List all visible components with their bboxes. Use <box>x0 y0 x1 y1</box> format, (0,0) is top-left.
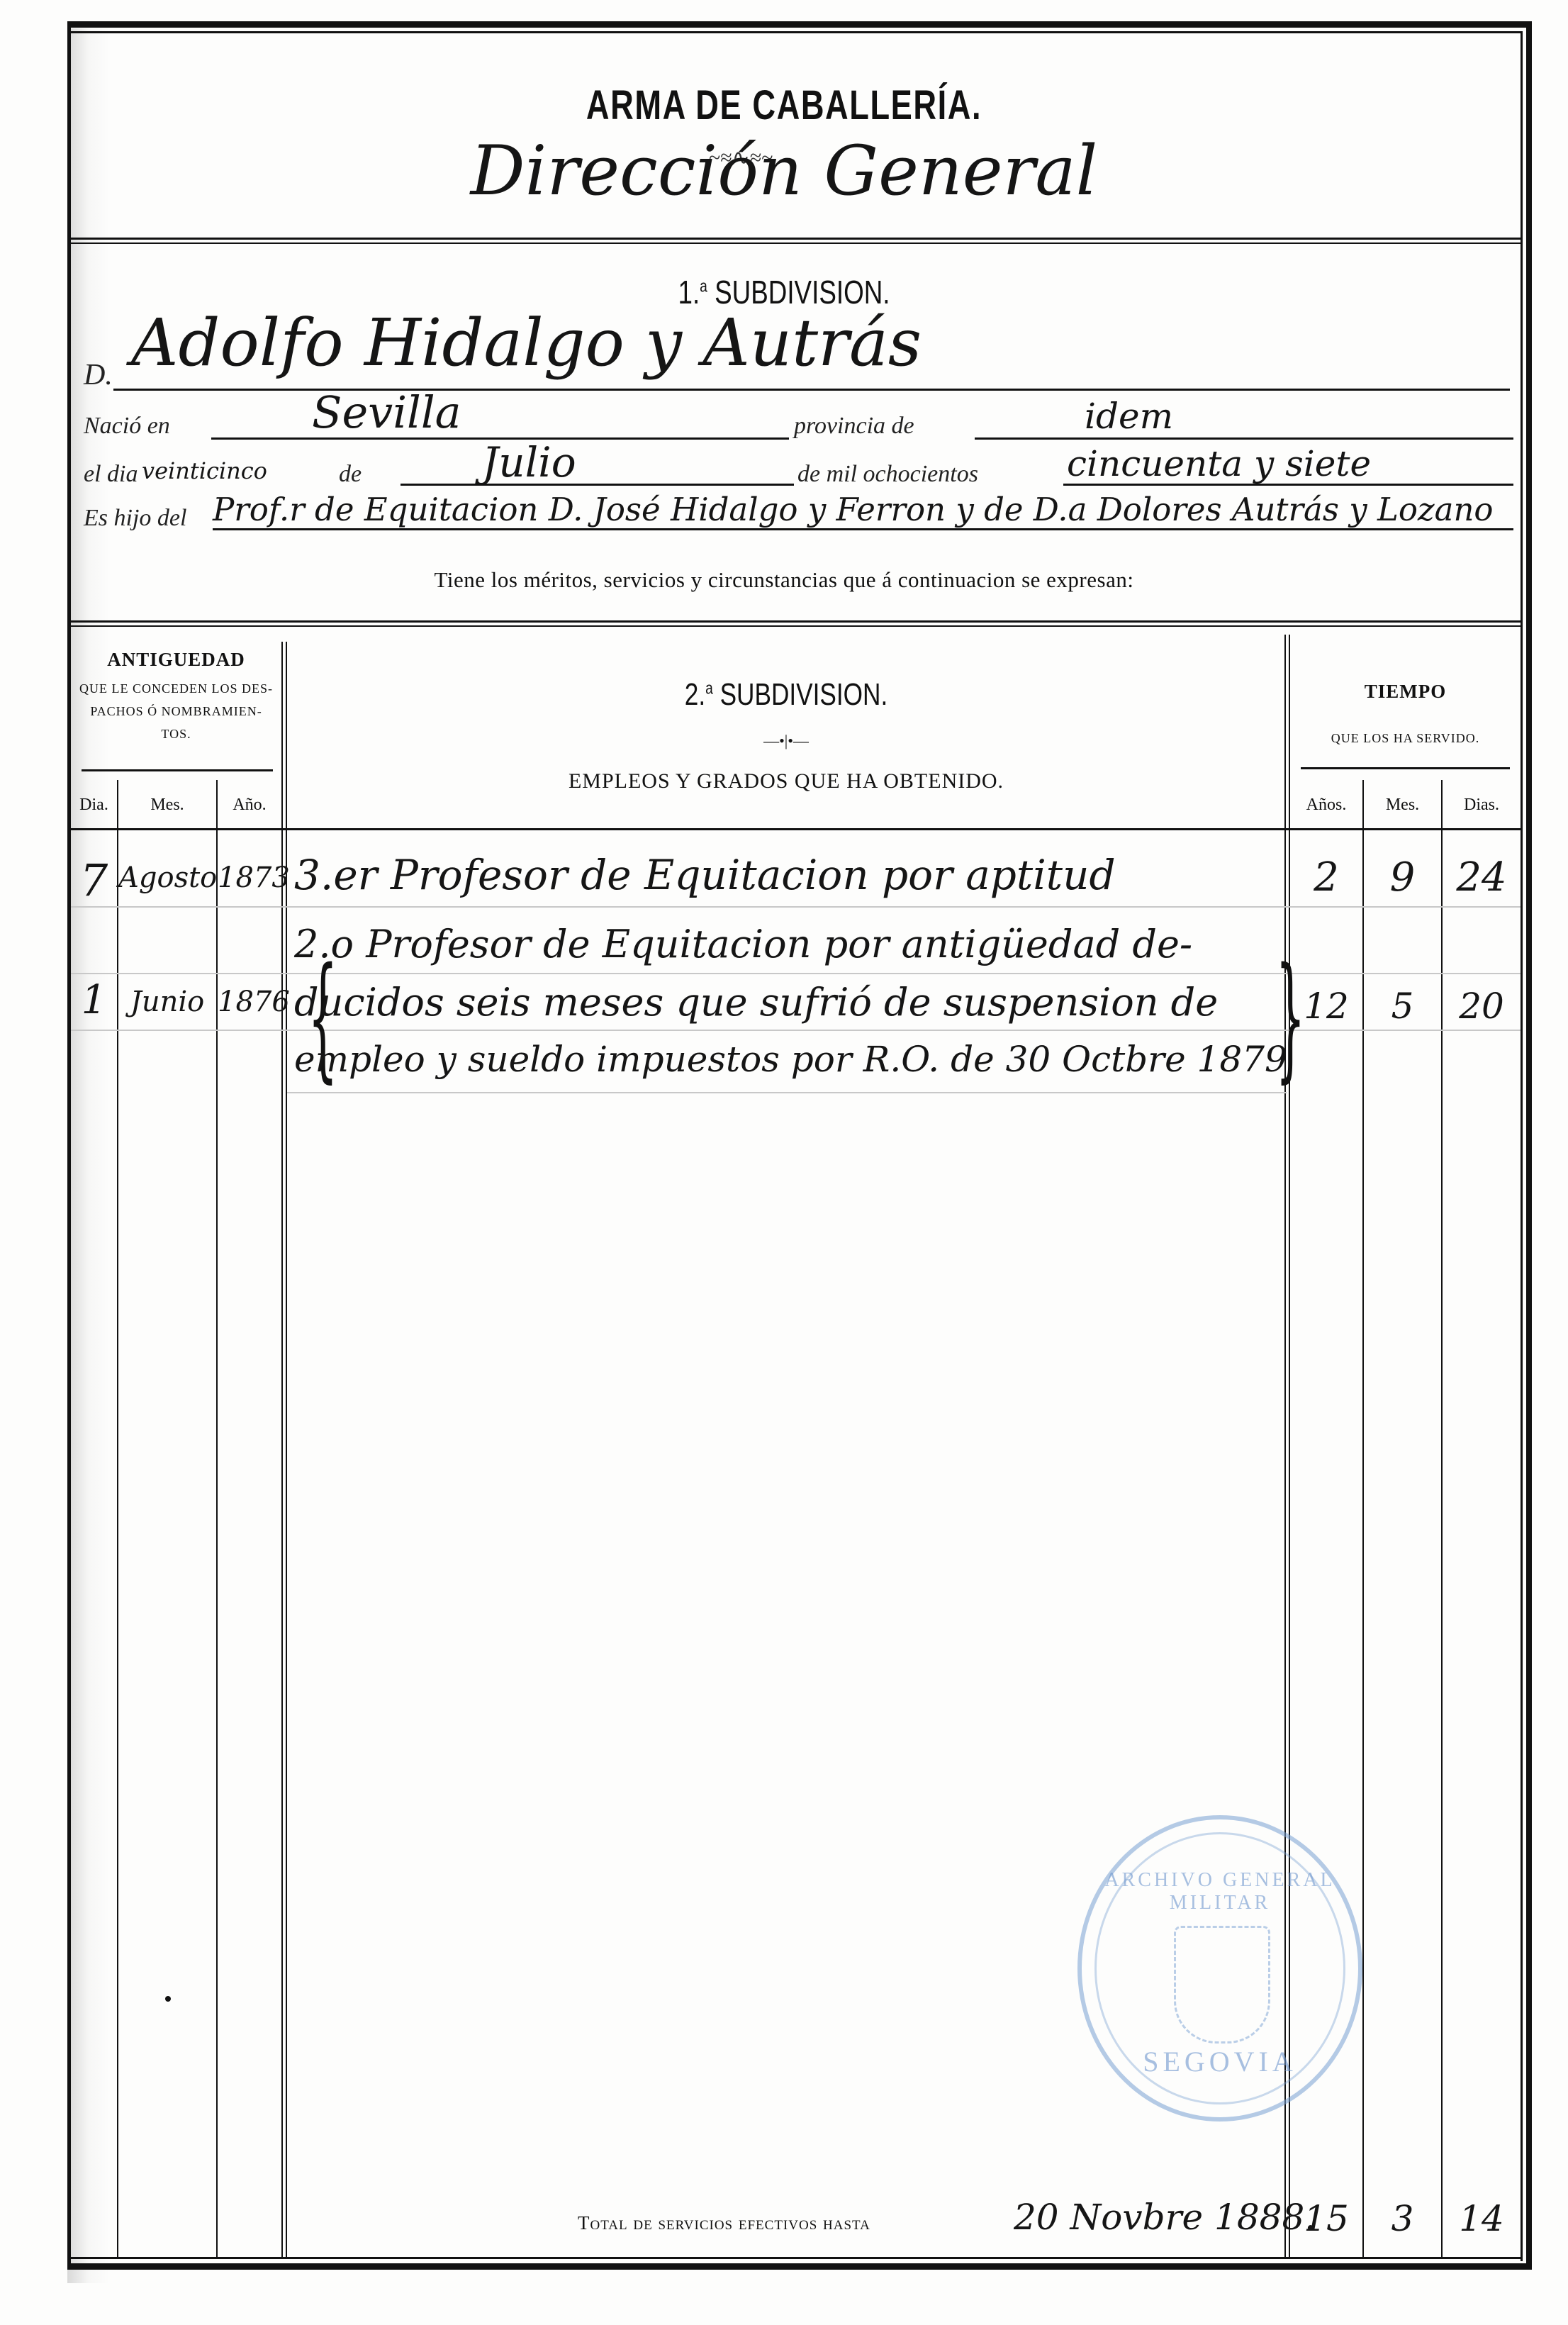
year-line <box>1063 484 1513 486</box>
frame-right-thick <box>1526 21 1532 2269</box>
row2-line-2: ducidos seis meses que sufrió de suspens… <box>294 980 1218 1025</box>
subdivision-2-heading: 2.a SUBDIVISION. <box>386 677 1187 713</box>
document-title: ARMA DE CABALLERÍA. <box>172 82 1395 129</box>
ruled-line-1 <box>71 906 1521 908</box>
ink-dot <box>165 1996 171 2002</box>
month-line <box>401 484 794 486</box>
antiguedad-title: ANTIGUEDAD <box>71 649 281 671</box>
antiguedad-subtitle-2: PACHOS Ó NOMBRAMIEN- <box>71 700 281 723</box>
born-place: Sevilla <box>312 386 461 438</box>
row2-mes: Junio <box>118 986 216 1018</box>
name-prefix: D. <box>84 358 113 392</box>
row1-dia: 7 <box>71 854 117 906</box>
col-header-meses: Mes. <box>1364 796 1441 815</box>
sub2-text: SUBDIVISION. <box>713 677 887 712</box>
col-header-dias: Dias. <box>1443 796 1521 815</box>
parents-value: Prof.r de Equitacion D. José Hidalgo y F… <box>213 491 1494 528</box>
province-value: idem <box>1085 396 1173 437</box>
sub2-sup: a <box>705 679 713 698</box>
row2-meses: 5 <box>1364 986 1441 1027</box>
sub2-ornament: —•|•— <box>286 732 1287 750</box>
row1-line-1: 3.er Profesor de Equitacion por aptitud <box>294 851 1116 899</box>
frame-bottom-thin <box>71 2257 1521 2259</box>
total-anos: 15 <box>1290 2198 1362 2239</box>
total-label: Total de servicios efectivos hasta <box>578 2212 870 2234</box>
frame-top-thick <box>71 21 1531 28</box>
ruled-line-4 <box>287 1092 1287 1093</box>
parents-line <box>213 528 1513 530</box>
antiguedad-rule <box>82 769 273 771</box>
province-label: provincia de <box>794 413 914 440</box>
section-divider-1 <box>71 620 1521 623</box>
merits-statement: Tiene los méritos, servicios y circunsta… <box>0 567 1568 593</box>
antiguedad-subtitle-1: QUE LE CONCEDEN LOS DES- <box>71 677 281 700</box>
stamp-top-text: ARCHIVO GENERAL MILITAR <box>1082 1869 1358 1914</box>
header-divider-1 <box>71 238 1521 240</box>
frame-right-thin <box>1521 31 1523 2261</box>
sub1-sup: a <box>700 277 707 296</box>
row2-line-3: empleo y sueldo impuestos por R.O. de 30… <box>294 1039 1287 1080</box>
direccion-general-handwritten: Dirección General <box>0 131 1568 211</box>
province-line <box>975 437 1513 440</box>
day-value: veinticinco <box>142 457 267 484</box>
antiguedad-subtitle-3: TOS. <box>71 723 281 745</box>
total-meses: 3 <box>1364 2198 1441 2239</box>
header-divider-2 <box>71 242 1521 244</box>
row1-dias: 24 <box>1443 854 1521 901</box>
col-header-dia: Dia. <box>71 796 117 815</box>
born-label: Nació en <box>84 413 170 440</box>
frame-top-thin <box>71 31 1521 33</box>
parents-label: Es hijo del <box>84 505 186 532</box>
row1-ano: 1873 <box>218 862 281 894</box>
day-label: el dia <box>84 461 138 488</box>
tiempo-rule <box>1301 767 1510 769</box>
row1-anos: 2 <box>1290 854 1362 901</box>
frame-bottom-thick <box>67 2263 1532 2270</box>
total-date: 20 Novbre 1888. <box>1014 2197 1316 2238</box>
row2-anos: 12 <box>1290 986 1362 1027</box>
section-divider-2 <box>71 625 1521 627</box>
row1-mes: Agosto <box>118 862 216 894</box>
archive-stamp: ARCHIVO GENERAL MILITAR SEGOVIA <box>1077 1815 1362 2122</box>
stamp-bottom-text: SEGOVIA <box>1082 2045 1358 2078</box>
sub2-number: 2. <box>685 677 705 712</box>
col-header-mes: Mes. <box>118 796 216 815</box>
year-label: de mil ochocientos <box>797 461 978 488</box>
person-name: Adolfo Hidalgo y Autrás <box>131 305 922 381</box>
empleos-heading: EMPLEOS Y GRADOS QUE HA OBTENIDO. <box>286 769 1287 793</box>
year-value: cincuenta y siete <box>1067 443 1371 484</box>
row2-dias: 20 <box>1443 986 1521 1027</box>
tiempo-title: TIEMPO <box>1290 681 1521 703</box>
table-header-bottom <box>71 828 1521 830</box>
row2-dia: 1 <box>71 977 117 1023</box>
total-dias: 14 <box>1443 2198 1521 2239</box>
row2-ano: 1876 <box>218 986 281 1018</box>
row1-meses: 9 <box>1364 854 1441 901</box>
month-label: de <box>339 461 362 488</box>
col-header-ano: Año. <box>218 796 281 815</box>
tiempo-subtitle: QUE LOS HA SERVIDO. <box>1290 727 1521 749</box>
row2-line-1: 2.o Profesor de Equitacion por antigüeda… <box>294 922 1192 966</box>
col-header-anos: Años. <box>1290 796 1362 815</box>
coat-of-arms-icon <box>1174 1926 1270 2044</box>
month-value: Julio <box>482 438 576 486</box>
frame-left <box>67 21 71 2269</box>
